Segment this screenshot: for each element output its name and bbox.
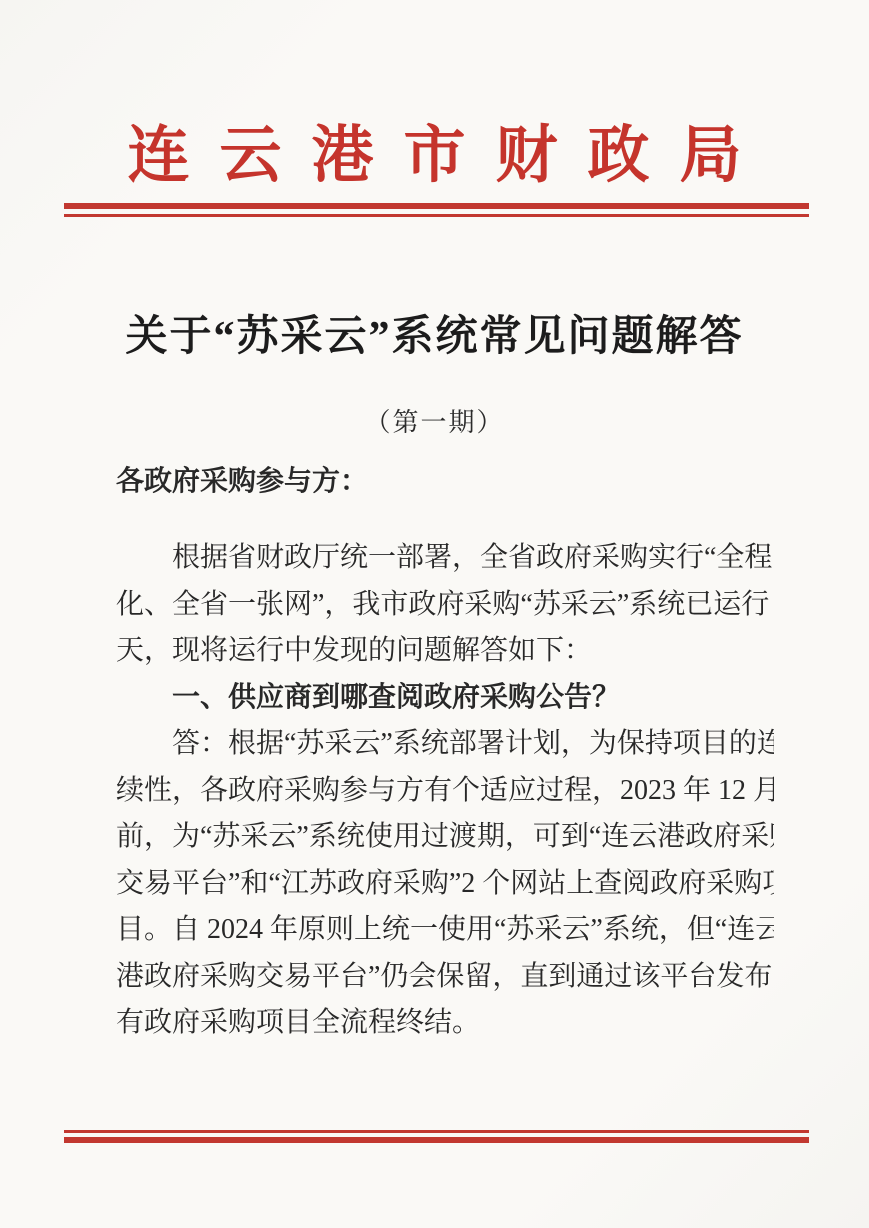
answer-1-line-6: 港政府采购交易平台”仍会保留，直到通过该平台发布的所 — [116, 954, 774, 1001]
header-rule-thin — [64, 214, 809, 217]
issue-number: （第一期） — [0, 406, 869, 440]
answer-1-paragraph: 答：根据“苏采云”系统部署计划，为保持项目的连 续性，各政府采购参与方有个适应过… — [116, 721, 774, 1047]
agency-name: 连云港市财政局 — [0, 116, 869, 196]
answer-1-line-1: 答：根据“苏采云”系统部署计划，为保持项目的连 — [116, 721, 774, 768]
footer-rule-thick — [64, 1137, 809, 1143]
document-body: 各政府采购参与方： 根据省财政厅统一部署，全省政府采购实行“全程电子 化、全省一… — [116, 458, 774, 1047]
answer-1-line-7: 有政府采购项目全流程终结。 — [116, 1000, 774, 1047]
intro-paragraph: 根据省财政厅统一部署，全省政府采购实行“全程电子 化、全省一张网”，我市政府采购… — [116, 535, 774, 675]
header-rule-thick — [64, 203, 809, 209]
document-title: 关于“苏采云”系统常见问题解答 — [0, 312, 869, 362]
answer-1-line-3: 前，为“苏采云”系统使用过渡期，可到“连云港政府采购 — [116, 814, 774, 861]
intro-line-1: 根据省财政厅统一部署，全省政府采购实行“全程电子 — [116, 535, 774, 582]
footer-rule-thin — [64, 1130, 809, 1133]
intro-line-2: 化、全省一张网”，我市政府采购“苏采云”系统已运行 15 — [116, 582, 774, 629]
intro-line-3: 天，现将运行中发现的问题解答如下： — [116, 628, 774, 675]
answer-1-line-5: 目。自 2024 年原则上统一使用“苏采云”系统，但“连云 — [116, 907, 774, 954]
question-1-heading: 一、供应商到哪查阅政府采购公告？ — [116, 675, 774, 722]
salutation: 各政府采购参与方： — [116, 458, 774, 505]
answer-1-line-2: 续性，各政府采购参与方有个适应过程，2023 年 12 月 31 日 — [116, 768, 774, 815]
answer-1-line-4: 交易平台”和“江苏政府采购”2 个网站上查阅政府采购项 — [116, 861, 774, 908]
document-page: 连云港市财政局 关于“苏采云”系统常见问题解答 （第一期） 各政府采购参与方： … — [0, 0, 869, 1228]
